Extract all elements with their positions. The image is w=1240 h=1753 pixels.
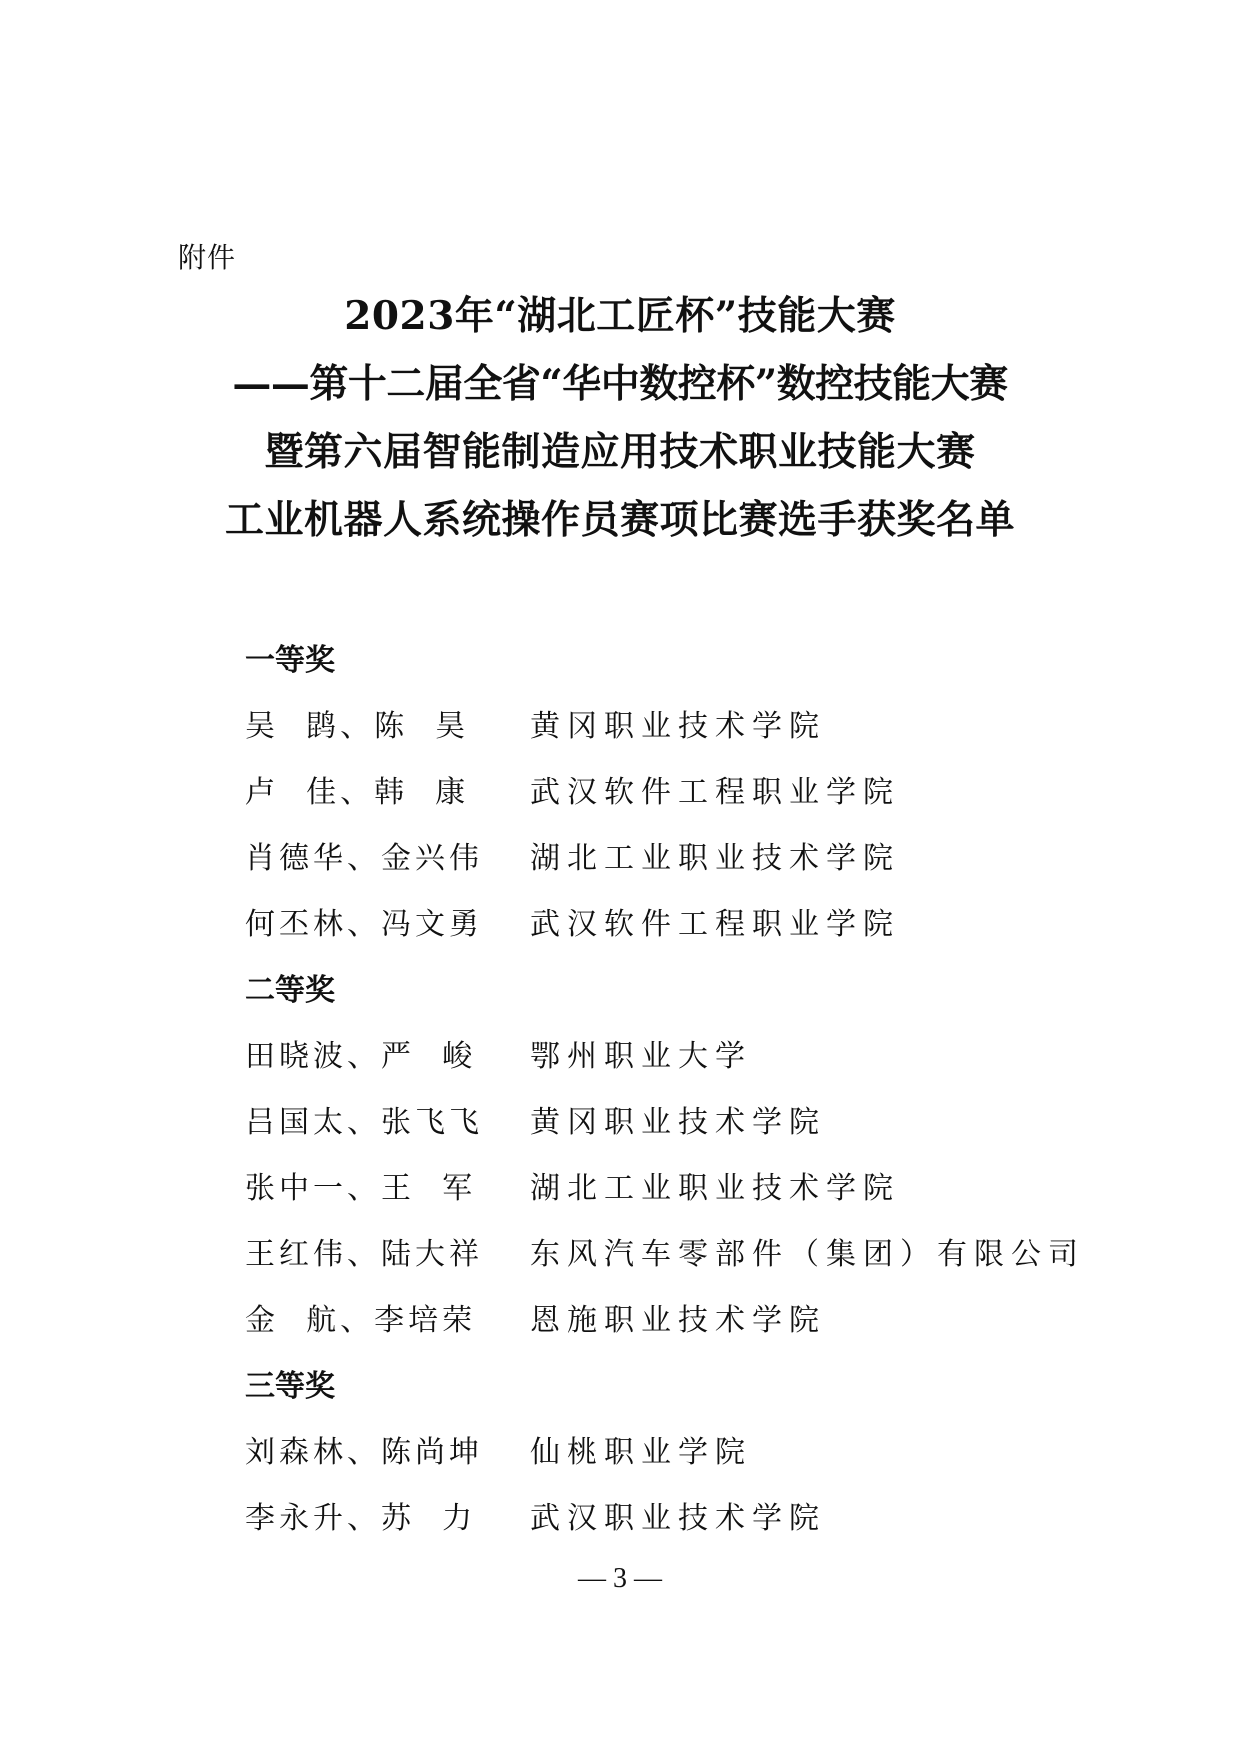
winner-names: 何丕林、冯文勇 (245, 892, 530, 958)
winner-organization: 黄冈职业技术学院 (530, 694, 826, 760)
award-heading-first: 一等奖 (245, 628, 1145, 694)
winner-organization: 仙桃职业学院 (530, 1420, 752, 1486)
winner-names: 张中一、王 军 (245, 1156, 530, 1222)
winner-organization: 鄂州职业大学 (530, 1024, 752, 1090)
award-heading-third: 三等奖 (245, 1354, 1145, 1420)
attachment-label: 附件 (178, 236, 236, 276)
award-entry: 李永升、苏 力 武汉职业技术学院 (245, 1486, 1145, 1552)
award-entry: 吕国太、张飞飞 黄冈职业技术学院 (245, 1090, 1145, 1156)
title-line-3: 暨第六届智能制造应用技术职业技能大赛 (0, 418, 1240, 486)
winner-names: 王红伟、陆大祥 (245, 1222, 530, 1288)
award-heading-second: 二等奖 (245, 958, 1145, 1024)
award-entry: 张中一、王 军 湖北工业职业技术学院 (245, 1156, 1145, 1222)
winner-names: 金 航、李培荣 (245, 1288, 530, 1354)
award-entry: 田晓波、严 峻 鄂州职业大学 (245, 1024, 1145, 1090)
award-list: 一等奖 吴 鹍、陈 昊 黄冈职业技术学院 卢 佳、韩 康 武汉软件工程职业学院 … (245, 628, 1145, 1552)
winner-names: 吕国太、张飞飞 (245, 1090, 530, 1156)
winner-organization: 恩施职业技术学院 (530, 1288, 826, 1354)
winner-organization: 黄冈职业技术学院 (530, 1090, 826, 1156)
winner-organization: 湖北工业职业技术学院 (530, 1156, 900, 1222)
winner-organization: 武汉软件工程职业学院 (530, 760, 900, 826)
winner-names: 卢 佳、韩 康 (245, 760, 530, 826)
award-entry: 吴 鹍、陈 昊 黄冈职业技术学院 (245, 694, 1145, 760)
winner-organization: 东风汽车零部件（集团）有限公司 (530, 1222, 1085, 1288)
winner-organization: 武汉软件工程职业学院 (530, 892, 900, 958)
title-line-4: 工业机器人系统操作员赛项比赛选手获奖名单 (0, 486, 1240, 554)
document-page: 附件 2023年“湖北工匠杯”技能大赛 ——第十二届全省“华中数控杯”数控技能大… (0, 0, 1240, 1753)
winner-organization: 武汉职业技术学院 (530, 1486, 826, 1552)
title-line-1: 2023年“湖北工匠杯”技能大赛 (0, 282, 1240, 350)
document-title: 2023年“湖北工匠杯”技能大赛 ——第十二届全省“华中数控杯”数控技能大赛 暨… (0, 282, 1240, 554)
winner-names: 田晓波、严 峻 (245, 1024, 530, 1090)
winner-organization: 湖北工业职业技术学院 (530, 826, 900, 892)
winner-names: 吴 鹍、陈 昊 (245, 694, 530, 760)
award-entry: 金 航、李培荣 恩施职业技术学院 (245, 1288, 1145, 1354)
award-entry: 肖德华、金兴伟 湖北工业职业技术学院 (245, 826, 1145, 892)
award-entry: 王红伟、陆大祥 东风汽车零部件（集团）有限公司 (245, 1222, 1145, 1288)
winner-names: 肖德华、金兴伟 (245, 826, 530, 892)
winner-names: 李永升、苏 力 (245, 1486, 530, 1552)
award-entry: 何丕林、冯文勇 武汉软件工程职业学院 (245, 892, 1145, 958)
title-line-2: ——第十二届全省“华中数控杯”数控技能大赛 (0, 350, 1240, 418)
page-number: — 3 — (0, 1563, 1240, 1595)
award-entry: 刘森林、陈尚坤 仙桃职业学院 (245, 1420, 1145, 1486)
award-entry: 卢 佳、韩 康 武汉软件工程职业学院 (245, 760, 1145, 826)
winner-names: 刘森林、陈尚坤 (245, 1420, 530, 1486)
